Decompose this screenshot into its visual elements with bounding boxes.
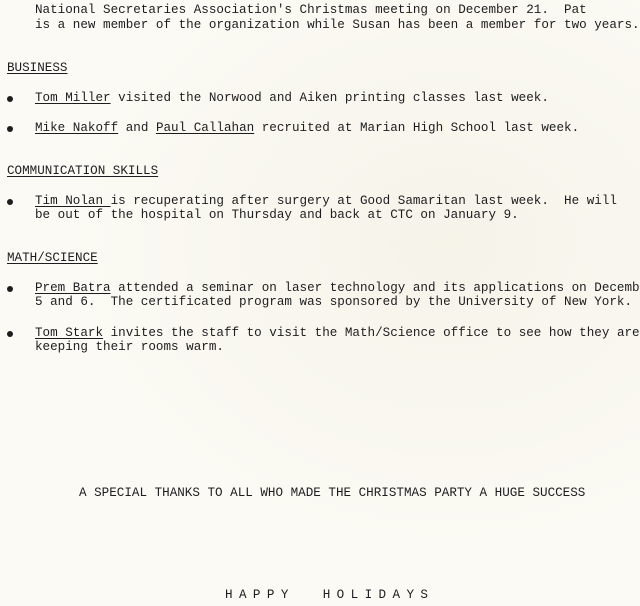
bullet-icon (7, 199, 13, 205)
business-item-1: Tom Miller visited the Norwood and Aiken… (35, 91, 549, 106)
item-text: and (118, 121, 156, 135)
section-heading-communication-skills: COMMUNICATION SKILLS (7, 164, 158, 179)
math-science-item-2: Tom Stark invites the staff to visit the… (35, 326, 640, 341)
business-item-2: Mike Nakoff and Paul Callahan recruited … (35, 121, 579, 136)
person-name: Tom Miller (35, 91, 111, 105)
bullet-icon (7, 331, 13, 337)
person-name: Mike Nakoff (35, 121, 118, 135)
intro-line-1: National Secretaries Association's Chris… (35, 3, 587, 18)
person-name: Paul Callahan (156, 121, 254, 135)
person-name: Tom Stark (35, 326, 103, 340)
section-heading-math-science: MATH/SCIENCE (7, 251, 98, 266)
communication-item-1: Tim Nolan is recuperating after surgery … (35, 194, 617, 209)
document-page: National Secretaries Association's Chris… (0, 0, 640, 606)
item-text: invites the staff to visit the Math/Scie… (103, 326, 640, 340)
math-science-item-1: Prem Batra attended a seminar on laser t… (35, 281, 640, 296)
intro-line-2: is a new member of the organization whil… (35, 18, 640, 33)
bullet-icon (7, 286, 13, 292)
happy-holidays-line: HAPPY HOLIDAYS (225, 588, 434, 603)
person-name: Prem Batra (35, 281, 111, 295)
bullet-icon (7, 96, 13, 102)
item-text: visited the Norwood and Aiken printing c… (111, 91, 549, 105)
item-text: attended a seminar on laser technology a… (111, 281, 640, 295)
item-text: is recuperating after surgery at Good Sa… (111, 194, 617, 208)
person-name: Tim Nolan (35, 194, 111, 208)
section-heading-business: BUSINESS (7, 61, 67, 76)
special-thanks-line: A SPECIAL THANKS TO ALL WHO MADE THE CHR… (79, 486, 585, 501)
math-science-item-2-continuation: keeping their rooms warm. (35, 340, 224, 355)
item-text: recruited at Marian High School last wee… (254, 121, 579, 135)
bullet-icon (7, 126, 13, 132)
communication-item-1-continuation: be out of the hospital on Thursday and b… (35, 208, 519, 223)
math-science-item-1-continuation: 5 and 6. The certificated program was sp… (35, 295, 632, 310)
